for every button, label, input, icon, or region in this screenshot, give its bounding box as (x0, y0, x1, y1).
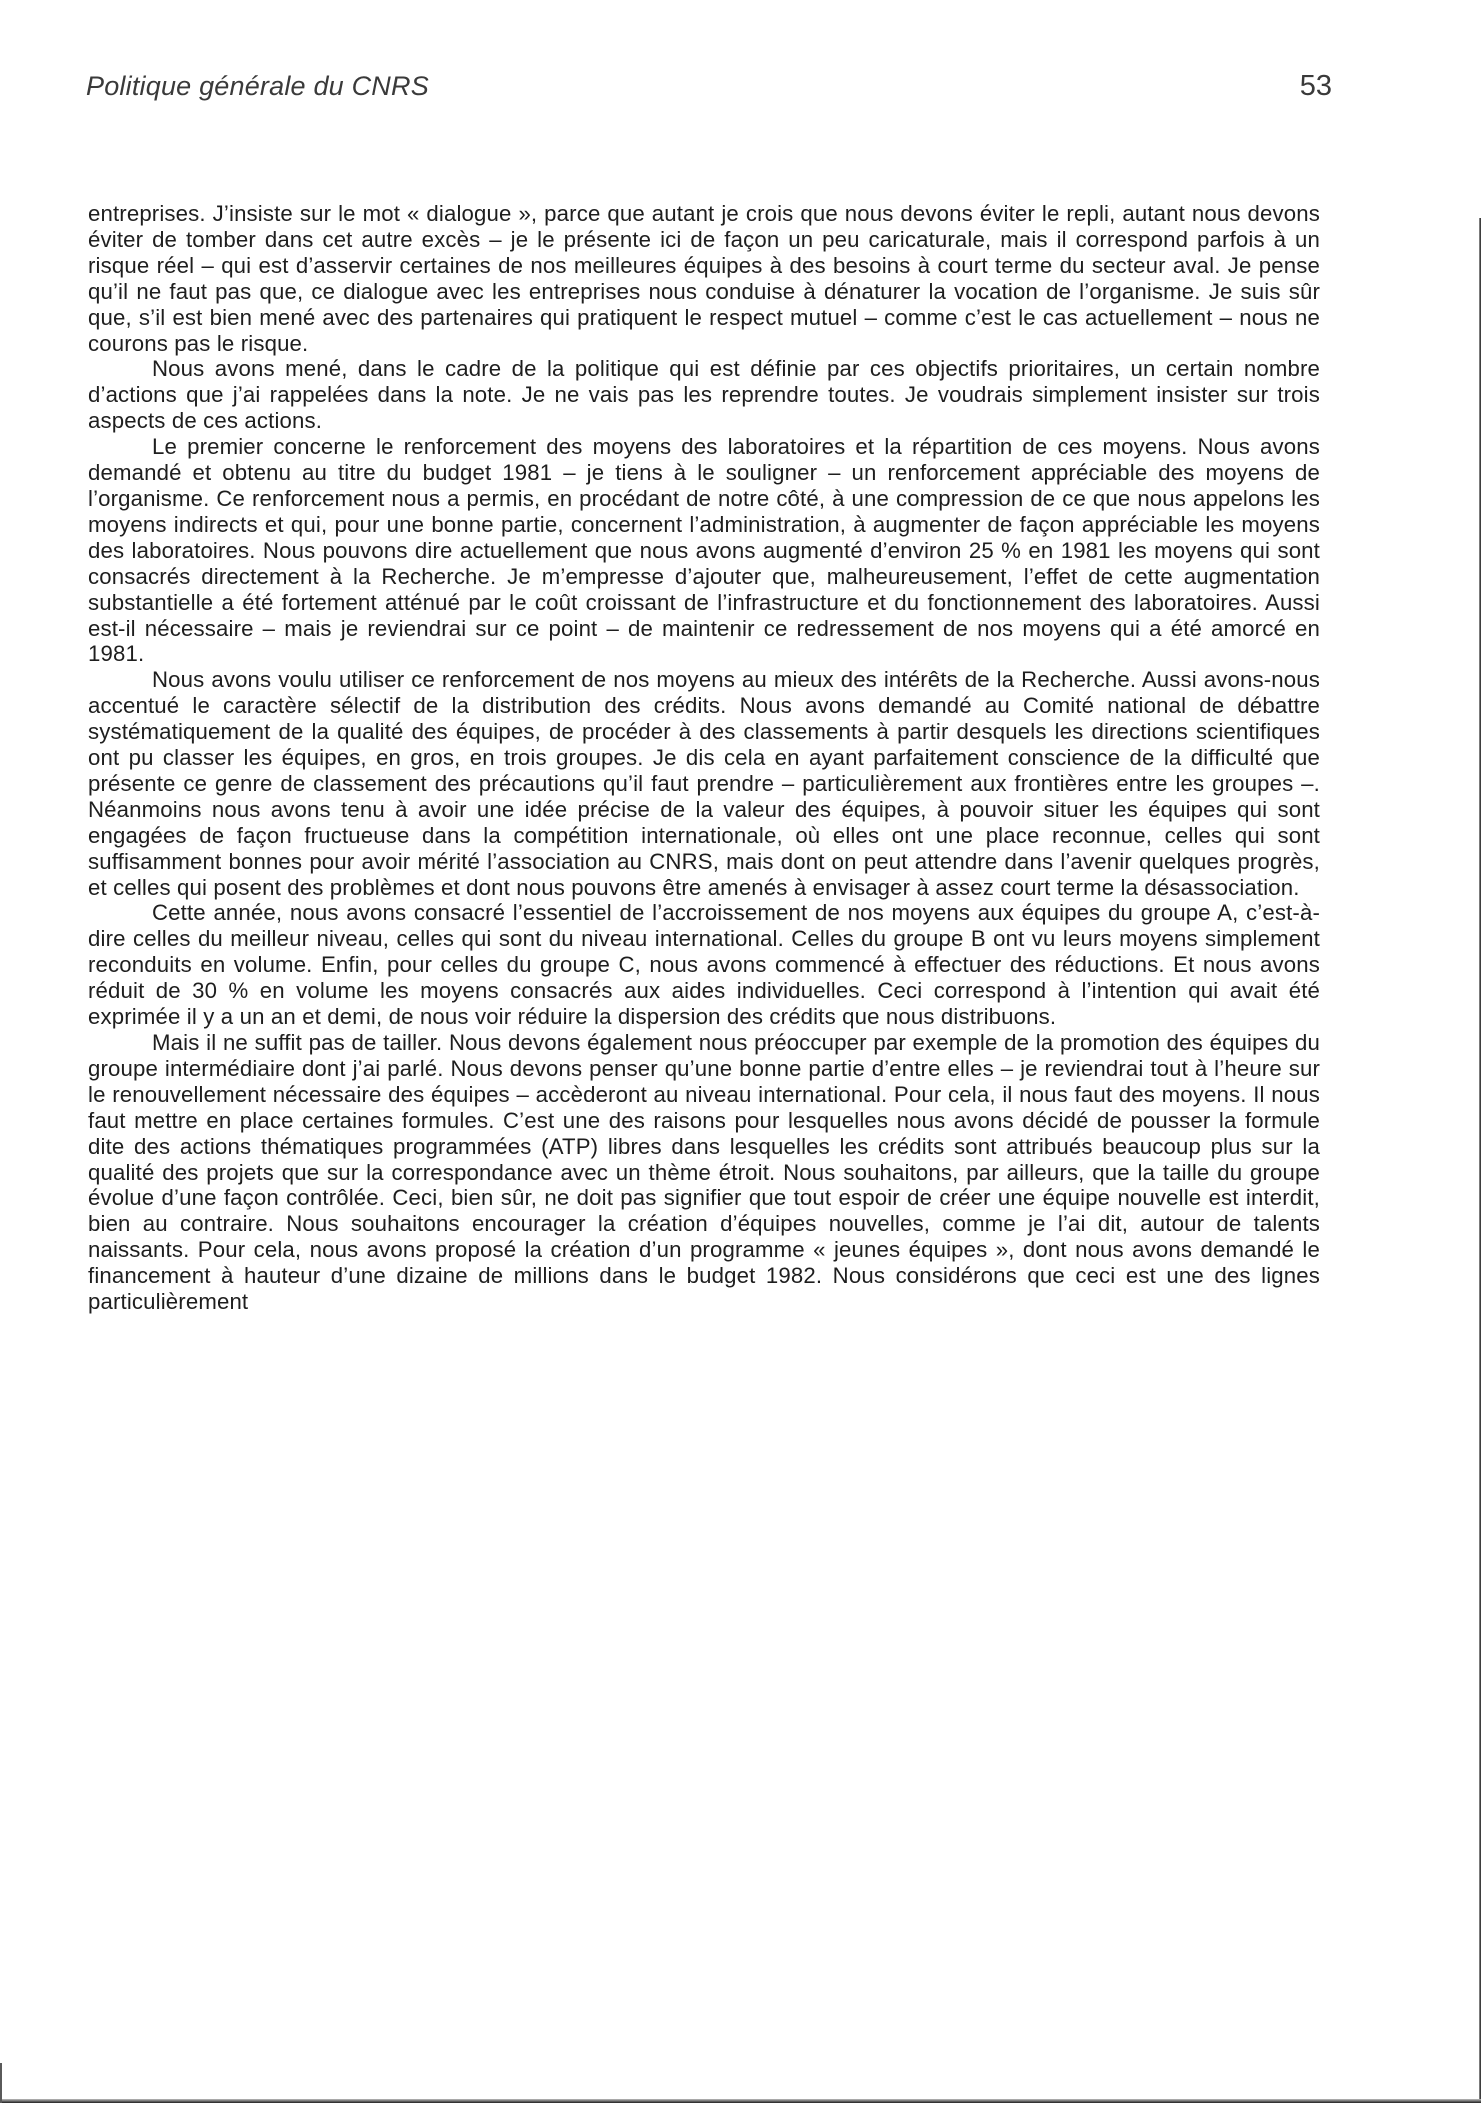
running-title: Politique générale du CNRS (86, 71, 429, 102)
page-header: Politique générale du CNRS 53 (86, 70, 1332, 110)
body-text: entreprises. J’insiste sur le mot « dial… (88, 201, 1320, 1315)
paragraph-3: Le premier concerne le renforcement des … (88, 434, 1320, 667)
page-edge-bottom (0, 2099, 1481, 2103)
paragraph-6: Mais il ne suffit pas de tailler. Nous d… (88, 1030, 1320, 1315)
page-edge-left-corner (0, 2063, 2, 2103)
page-number: 53 (1300, 70, 1332, 103)
paragraph-4: Nous avons voulu utiliser ce renforcemen… (88, 667, 1320, 900)
paragraph-2: Nous avons mené, dans le cadre de la pol… (88, 356, 1320, 434)
paragraph-5: Cette année, nous avons consacré l’essen… (88, 900, 1320, 1030)
paragraph-1: entreprises. J’insiste sur le mot « dial… (88, 201, 1320, 356)
